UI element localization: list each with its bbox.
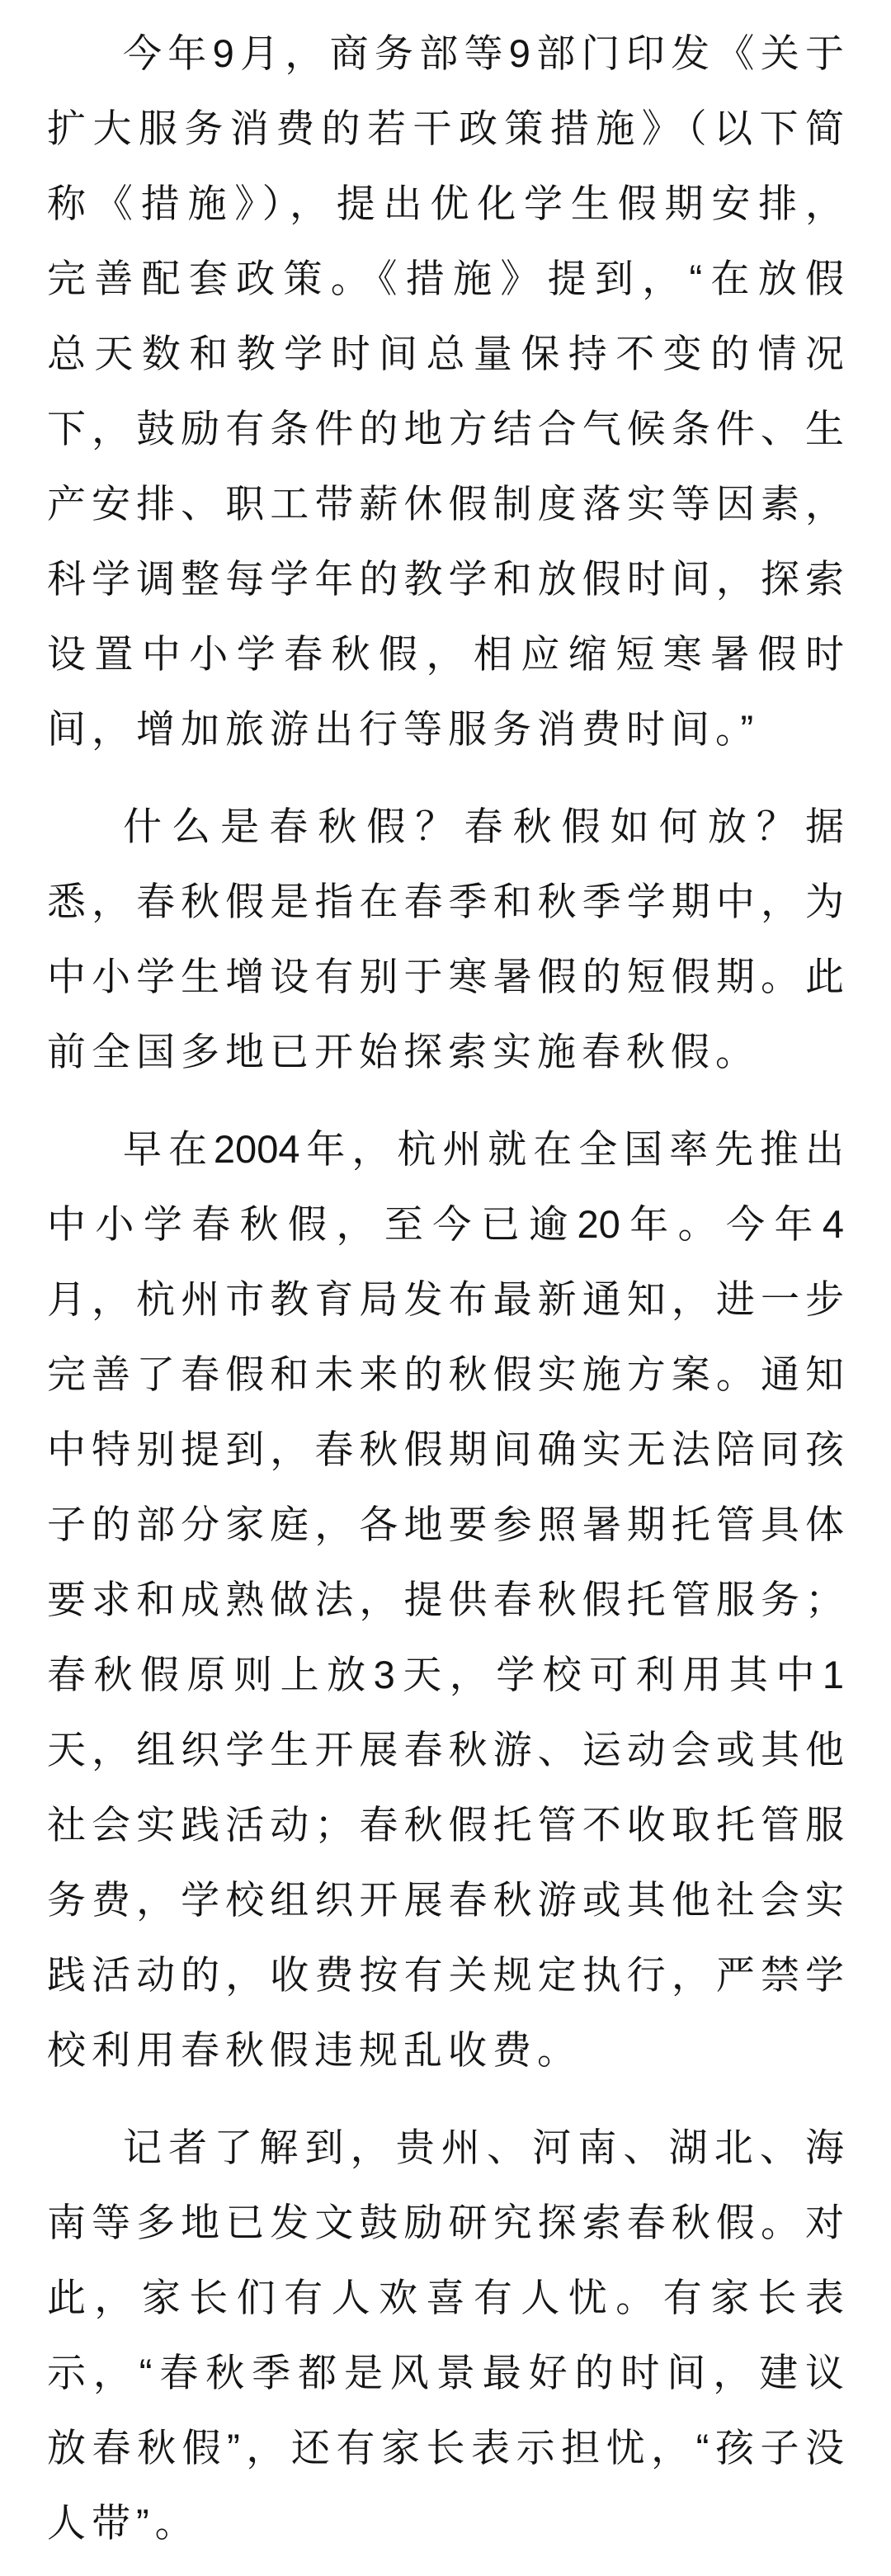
text-line: 前全国多地已开始探索实施春秋假。 — [47, 1014, 844, 1089]
text-line: 记者了解到，贵州、河南、湖北、海 — [47, 2110, 844, 2185]
text-line: 中小学春秋假，至今已逾20年。今年4 — [47, 1187, 844, 1262]
text-line: 子的部分家庭，各地要参照暑期托管具体 — [47, 1487, 844, 1562]
paragraph-2: 什么是春秋假？春秋假如何放？据悉，春秋假是指在春季和秋季学期中，为中小学生增设有… — [47, 789, 844, 1089]
text-line: 中小学生增设有别于寒暑假的短假期。此 — [47, 939, 844, 1014]
text-line: 此，家长们有人欢喜有人忧。有家长表 — [47, 2260, 844, 2335]
text-line: 月，杭州市教育局发布最新通知，进一步 — [47, 1262, 844, 1337]
text-line: 设置中小学春秋假，相应缩短寒暑假时 — [47, 616, 844, 691]
paragraph-1: 今年9月，商务部等9部门印发《关于扩大服务消费的若干政策措施》（以下简称《措施》… — [47, 16, 844, 767]
article-body: 今年9月，商务部等9部门印发《关于扩大服务消费的若干政策措施》（以下简称《措施》… — [0, 0, 891, 2560]
text-line: 要求和成熟做法，提供春秋假托管服务； — [47, 1562, 844, 1637]
text-line: 社会实践活动；春秋假托管不收取托管服 — [47, 1787, 844, 1862]
text-line: 称《措施》），提出优化学生假期安排， — [47, 166, 844, 241]
text-line: 下，鼓励有条件的地方结合气候条件、生 — [47, 391, 844, 466]
text-line: 完善配套政策。《措施》提到，“在放假 — [47, 241, 844, 316]
text-line: 示，“春秋季都是风景最好的时间，建议 — [47, 2335, 844, 2410]
text-line: 天，组织学生开展春秋游、运动会或其他 — [47, 1712, 844, 1787]
text-line: 放春秋假”，还有家长表示担忧，“孩子没 — [47, 2410, 844, 2485]
text-line: 人带”。 — [47, 2485, 844, 2560]
paragraph-4: 记者了解到，贵州、河南、湖北、海南等多地已发文鼓励研究探索春秋假。对此，家长们有… — [47, 2110, 844, 2560]
text-line: 完善了春假和未来的秋假实施方案。通知 — [47, 1337, 844, 1412]
text-line: 悉，春秋假是指在春季和秋季学期中，为 — [47, 864, 844, 939]
paragraph-3: 早在2004年，杭州就在全国率先推出中小学春秋假，至今已逾20年。今年4月，杭州… — [47, 1111, 844, 2088]
text-line: 间，增加旅游出行等服务消费时间。” — [47, 691, 844, 767]
text-line: 南等多地已发文鼓励研究探索春秋假。对 — [47, 2185, 844, 2260]
text-line: 践活动的，收费按有关规定执行，严禁学 — [47, 1937, 844, 2012]
text-line: 扩大服务消费的若干政策措施》（以下简 — [47, 91, 844, 166]
text-line: 校利用春秋假违规乱收费。 — [47, 2012, 844, 2088]
text-line: 务费，学校组织开展春秋游或其他社会实 — [47, 1862, 844, 1937]
text-line: 产安排、职工带薪休假制度落实等因素， — [47, 466, 844, 541]
text-line: 中特别提到，春秋假期间确实无法陪同孩 — [47, 1412, 844, 1487]
text-line: 总天数和教学时间总量保持不变的情况 — [47, 316, 844, 391]
text-line: 早在2004年，杭州就在全国率先推出 — [47, 1111, 844, 1187]
text-line: 春秋假原则上放3天，学校可利用其中1 — [47, 1637, 844, 1712]
text-line: 科学调整每学年的教学和放假时间，探索 — [47, 541, 844, 616]
text-line: 今年9月，商务部等9部门印发《关于 — [47, 16, 844, 91]
text-line: 什么是春秋假？春秋假如何放？据 — [47, 789, 844, 864]
